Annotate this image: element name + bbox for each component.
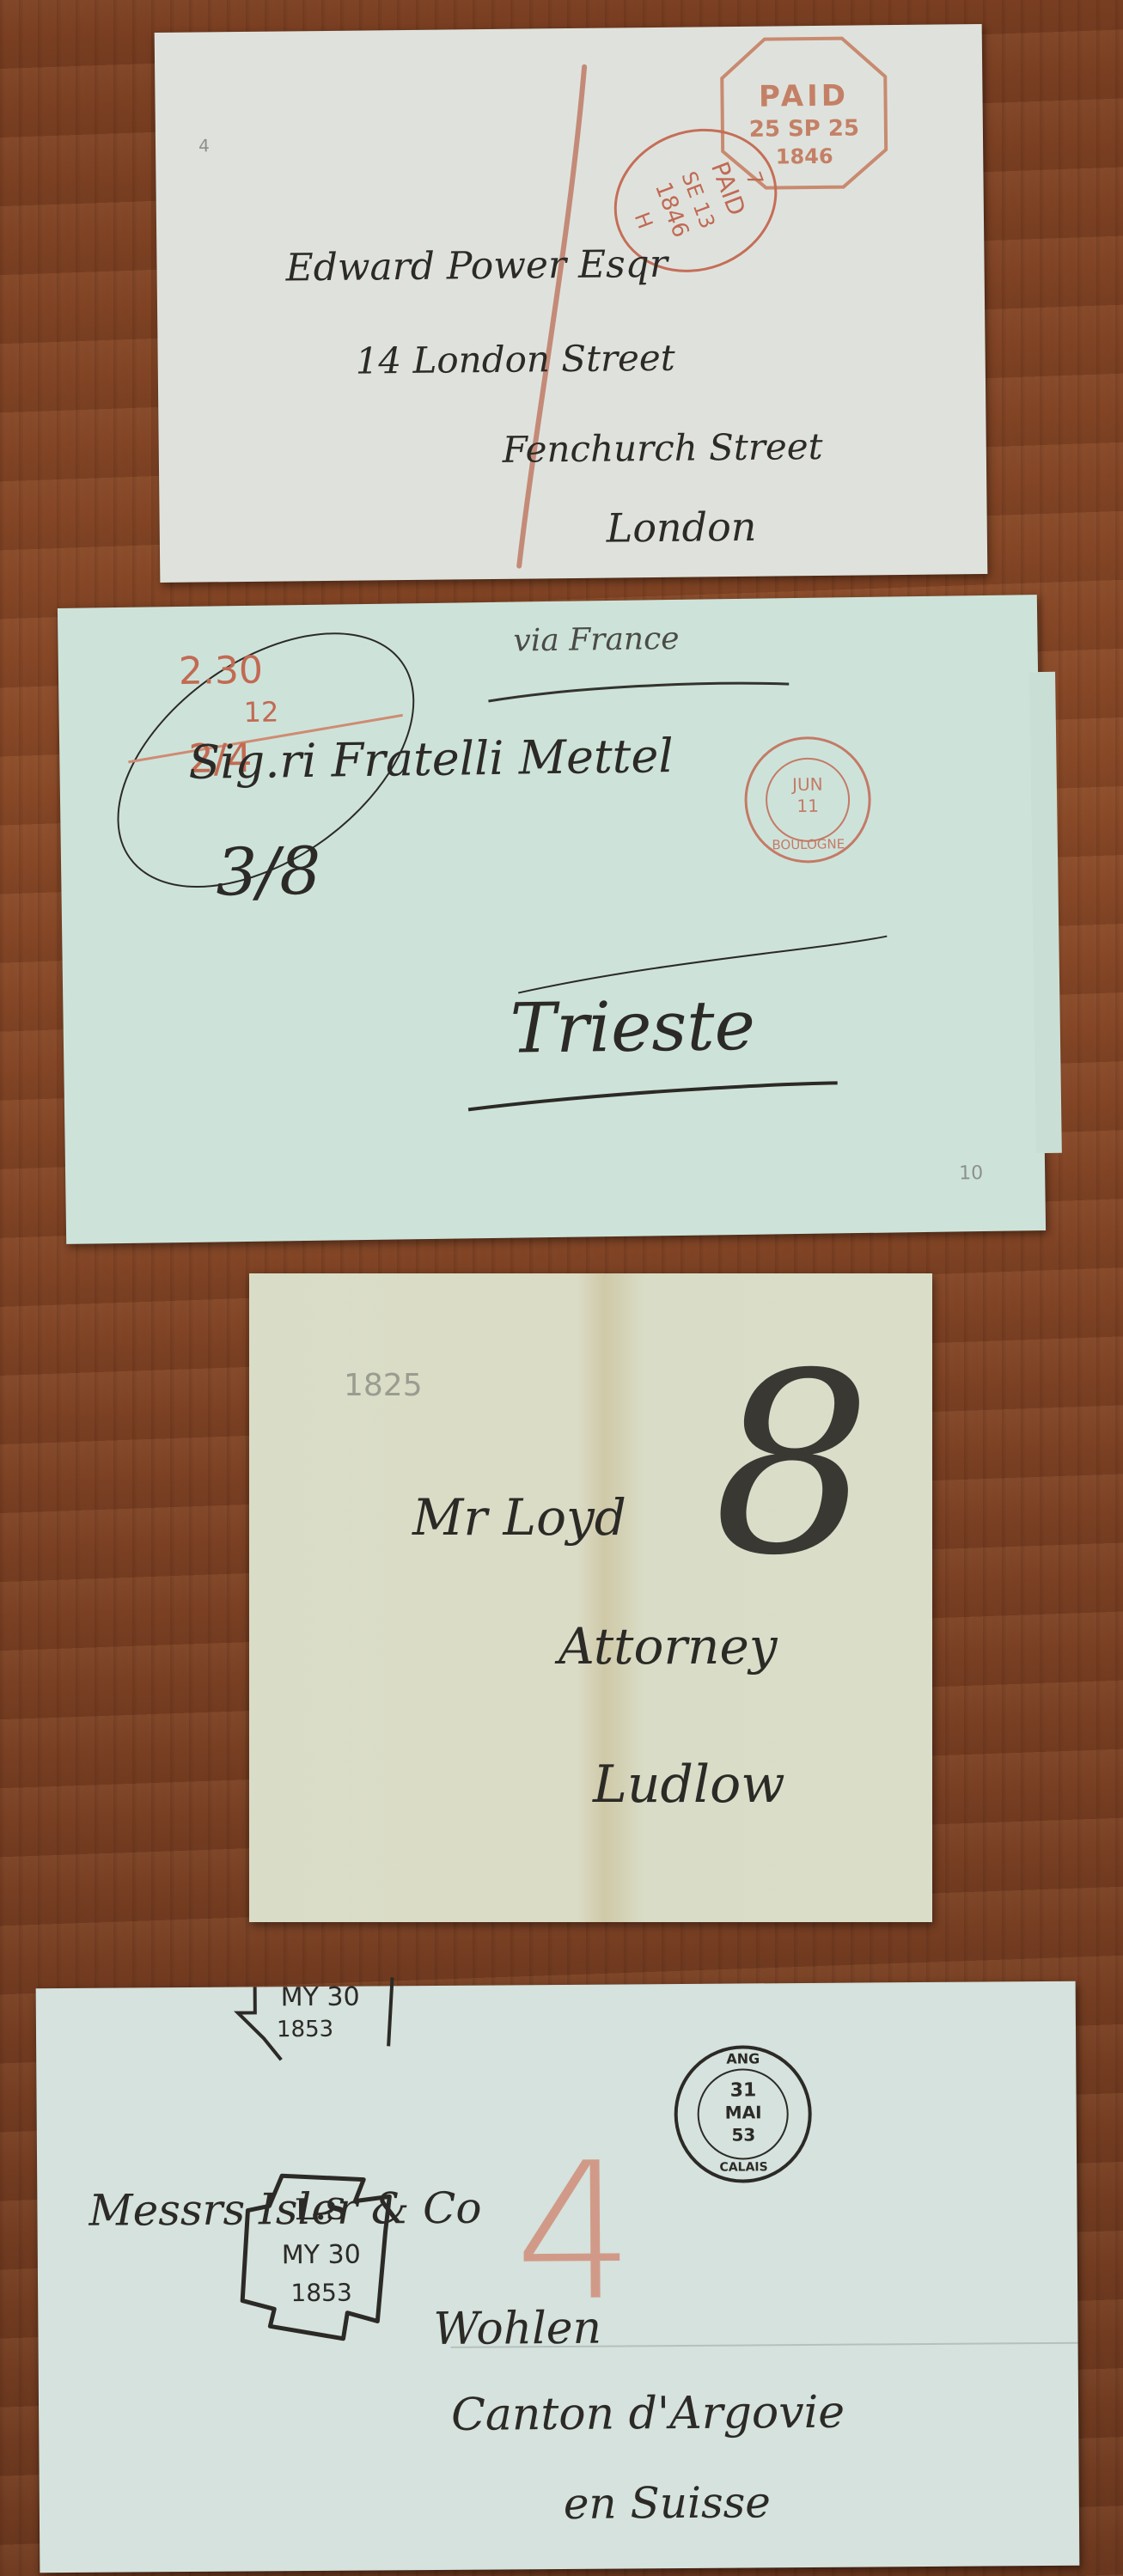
cover-4-address-line-3: Canton d'Argovie xyxy=(451,2387,845,2441)
red-rate-mark-2: 12 xyxy=(243,695,278,729)
maltese-cross-stamp-top: MY 30 1853 xyxy=(229,1977,402,2064)
cover-2-city: Trieste xyxy=(510,986,755,1069)
cover-2-pencil-mark: 10 xyxy=(959,1163,983,1184)
calais-date-stamp: ANG 31 MAI 53 CALAIS xyxy=(672,2043,815,2186)
red-rate-mark-1: 2.30 xyxy=(179,649,264,693)
cover-3-address-line-1: Mr Loyd xyxy=(412,1488,626,1547)
cover-2-black-rate-mark: 3/8 xyxy=(216,833,322,911)
cover-2-addressee: Sig.ri Fratelli Mettel xyxy=(188,729,674,790)
cover-3-address-line-3: Ludlow xyxy=(593,1755,785,1815)
cover-4-entire-letter: MY 30 1853 L.S MY 30 1853 ANG 31 MAI 53 … xyxy=(36,1981,1080,2573)
cover-4-address-line-4: en Suisse xyxy=(564,2477,771,2529)
cover-4-address-line-1: Messrs Isler & Co xyxy=(88,2183,482,2236)
cover-1-address-line-4: London xyxy=(606,504,756,552)
cover-3-entire-letter: 1825 Mr Loyd Attorney Ludlow 8 xyxy=(249,1273,932,1922)
boulogne-date-stamp: JUN 11 BOULOGNE xyxy=(742,735,873,865)
cover-1-envelope: 4 PAID 25 SP 25 1846 7 PAID SE 13 1846 H… xyxy=(155,24,988,583)
cover-3-address-line-2: Attorney xyxy=(558,1617,778,1676)
cover-1-address-line-1: Edward Power Esqr xyxy=(285,242,668,290)
cover-1-address-line-2: 14 London Street xyxy=(355,337,674,382)
cover-3-rate-mark: 8 xyxy=(713,1321,872,1610)
pencil-year-note: 1825 xyxy=(344,1368,423,1403)
cover-2-entire-letter: via France 2.30 12 2/4 JUN 11 BOULOGNE S… xyxy=(58,595,1046,1244)
cover-1-address-line-3: Fenchurch Street xyxy=(503,425,823,471)
